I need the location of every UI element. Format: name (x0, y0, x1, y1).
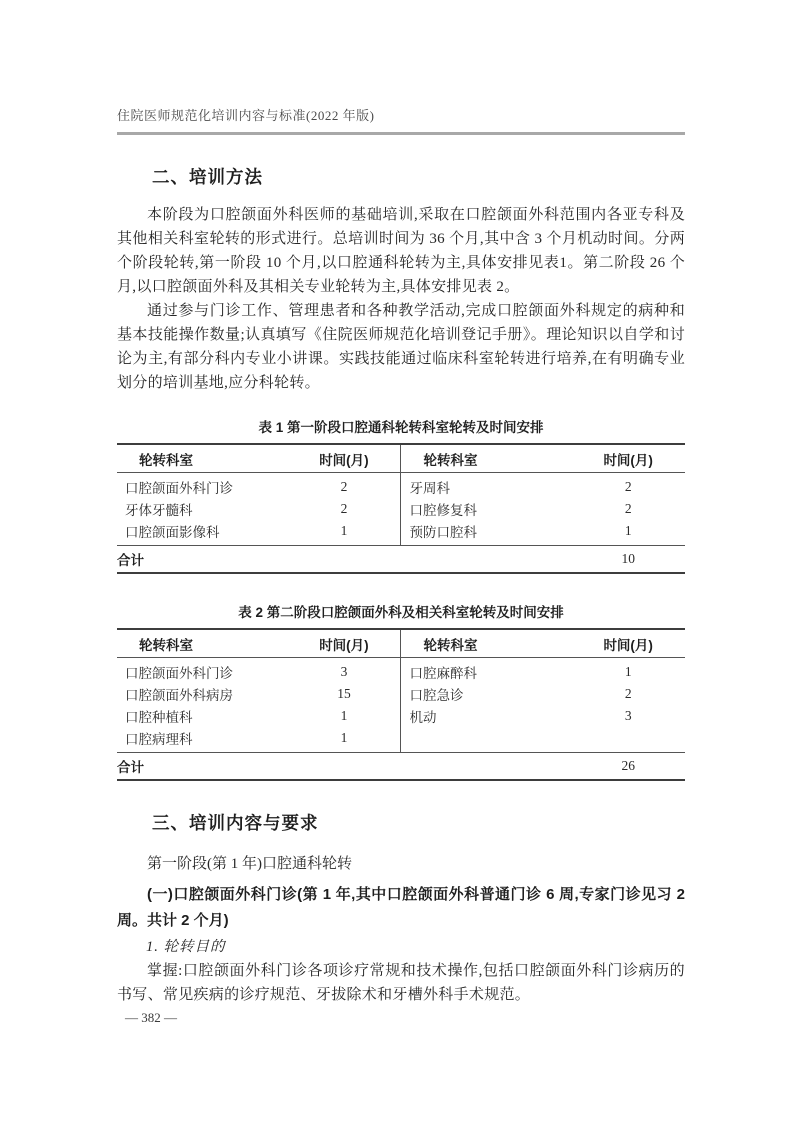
table-cell-months: 1 (571, 520, 685, 546)
table-cell-months (571, 727, 685, 753)
table-cell-department: 口腔颌面影像科 (117, 520, 287, 546)
table-cell-months: 2 (287, 473, 401, 499)
table-cell-department: 口腔颌面外科门诊 (117, 658, 287, 684)
table-1-header-time-left: 时间(月) (287, 444, 401, 473)
table-cell-department: 口腔种植科 (117, 705, 287, 727)
table-1-header-time-right: 时间(月) (571, 444, 685, 473)
subsection-heading-omfs-clinic: (一)口腔颌面外科门诊(第 1 年,其中口腔颌面外科普通门诊 6 周,专家门诊见… (117, 882, 685, 934)
table-2-header-time-left: 时间(月) (287, 629, 401, 658)
table-1-header-row: 轮转科室 时间(月) 轮转科室 时间(月) (117, 444, 685, 473)
table-2-total-value: 26 (571, 753, 685, 781)
table-1-header-dept-left: 轮转科室 (117, 444, 287, 473)
table-1-body: 口腔颌面外科门诊2牙周科2牙体牙髓科2口腔修复科2口腔颌面影像科1预防口腔科1 (117, 473, 685, 546)
table-cell-department: 口腔颌面外科病房 (117, 683, 287, 705)
table-cell-department: 口腔急诊 (401, 683, 571, 705)
table-cell-department (401, 727, 571, 753)
paragraph-rotation-purpose: 掌握:口腔颌面外科门诊各项诊疗常规和技术操作,包括口腔颌面外科门诊病历的书写、常… (117, 959, 685, 1007)
table-cell-months: 2 (571, 473, 685, 499)
table-1-caption: 表 1 第一阶段口腔通科轮转科室轮转及时间安排 (117, 419, 685, 437)
table-1-header-dept-right: 轮转科室 (401, 444, 571, 473)
table-row: 口腔颌面外科门诊2牙周科2 (117, 473, 685, 499)
table-cell-department: 口腔修复科 (401, 498, 571, 520)
running-header: 住院医师规范化培训内容与标准(2022 年版) (117, 107, 685, 125)
table-2-caption: 表 2 第二阶段口腔颌面外科及相关科室轮转及时间安排 (117, 604, 685, 622)
table-2-header-time-right: 时间(月) (571, 629, 685, 658)
table-2-header-row: 轮转科室 时间(月) 轮转科室 时间(月) (117, 629, 685, 658)
table-cell-months: 2 (287, 498, 401, 520)
table-cell-department: 机动 (401, 705, 571, 727)
section-heading-training-methods: 二、培训方法 (152, 166, 685, 189)
table-cell-months: 1 (287, 520, 401, 546)
table-1-total-value: 10 (571, 546, 685, 574)
table-2-header-dept-right: 轮转科室 (401, 629, 571, 658)
table-2-header-dept-left: 轮转科室 (117, 629, 287, 658)
table-2-body: 口腔颌面外科门诊3口腔麻醉科1口腔颌面外科病房15口腔急诊2口腔种植科1机动3口… (117, 658, 685, 753)
table-row: 口腔颌面外科门诊3口腔麻醉科1 (117, 658, 685, 684)
document-page: 住院医师规范化培训内容与标准(2022 年版) 二、培训方法 本阶段为口腔颌面外… (0, 0, 800, 1131)
table-row: 口腔颌面影像科1预防口腔科1 (117, 520, 685, 546)
table-1-total-row: 合计 10 (117, 546, 685, 574)
table-cell-months: 1 (287, 727, 401, 753)
table-row: 口腔颌面外科病房15口腔急诊2 (117, 683, 685, 705)
paragraph-training-approach: 通过参与门诊工作、管理患者和各种教学活动,完成口腔颌面外科规定的病种和基本技能操… (117, 299, 685, 395)
table-cell-months: 1 (571, 658, 685, 684)
table-cell-months: 2 (571, 498, 685, 520)
section-heading-training-content: 三、培训内容与要求 (152, 812, 685, 835)
table-cell-department: 牙周科 (401, 473, 571, 499)
item-rotation-purpose-heading: 1. 轮转目的 (117, 936, 685, 959)
paragraph-stage-overview: 本阶段为口腔颌面外科医师的基础培训,采取在口腔颌面外科范围内各亚专科及其他相关科… (117, 203, 685, 299)
table-1-total-label: 合计 (117, 546, 571, 574)
page-number: — 382 — (125, 1009, 685, 1027)
table-cell-department: 口腔颌面外科门诊 (117, 473, 287, 499)
table-cell-months: 2 (571, 683, 685, 705)
stage-one-line: 第一阶段(第 1 年)口腔通科轮转 (117, 852, 685, 876)
table-row: 口腔种植科1机动3 (117, 705, 685, 727)
table-cell-department: 牙体牙髓科 (117, 498, 287, 520)
table-cell-months: 3 (571, 705, 685, 727)
header-rule (117, 132, 685, 135)
table-2-rotation-schedule: 轮转科室 时间(月) 轮转科室 时间(月) 口腔颌面外科门诊3口腔麻醉科1口腔颌… (117, 628, 685, 781)
table-2-total-label: 合计 (117, 753, 571, 781)
table-cell-department: 预防口腔科 (401, 520, 571, 546)
table-cell-department: 口腔麻醉科 (401, 658, 571, 684)
table-2-total-row: 合计 26 (117, 753, 685, 781)
table-cell-department: 口腔病理科 (117, 727, 287, 753)
table-row: 牙体牙髓科2口腔修复科2 (117, 498, 685, 520)
table-cell-months: 15 (287, 683, 401, 705)
table-row: 口腔病理科1 (117, 727, 685, 753)
table-cell-months: 3 (287, 658, 401, 684)
table-1-rotation-schedule: 轮转科室 时间(月) 轮转科室 时间(月) 口腔颌面外科门诊2牙周科2牙体牙髓科… (117, 443, 685, 574)
table-cell-months: 1 (287, 705, 401, 727)
